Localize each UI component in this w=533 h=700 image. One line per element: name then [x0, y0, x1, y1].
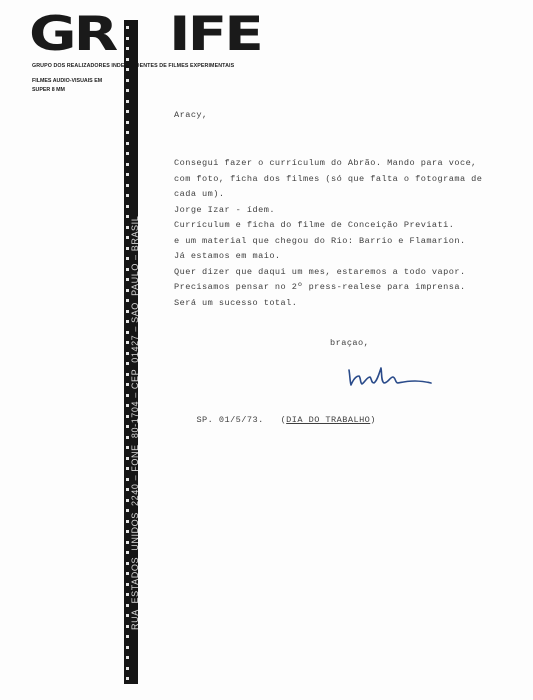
film-perforation: [126, 37, 129, 40]
letter-closing: braçao,: [330, 338, 369, 348]
film-perforation: [126, 89, 129, 92]
film-perforation: [126, 488, 129, 491]
film-perforation: [126, 173, 129, 176]
film-perforation: [126, 121, 129, 124]
film-perforation: [126, 194, 129, 197]
film-perforation: [126, 457, 129, 460]
film-perforation: [126, 299, 129, 302]
film-perforation: [126, 131, 129, 134]
film-perforation: [126, 394, 129, 397]
date-note: DIA DO TRABALHO: [286, 415, 370, 425]
film-perforation: [126, 551, 129, 554]
film-perforation: [126, 100, 129, 103]
film-perforation: [126, 604, 129, 607]
film-perforation: [126, 205, 129, 208]
film-perforation: [126, 415, 129, 418]
letter-date: SP. 01/5/73.: [196, 415, 263, 425]
date-note-close: ): [370, 415, 376, 425]
film-perforation: [126, 478, 129, 481]
film-perforation: [126, 278, 129, 281]
letter-line: Jorge Izar - ídem.: [174, 203, 482, 219]
film-perforation: [126, 677, 129, 680]
film-perforation: [126, 499, 129, 502]
letter-line: com foto, ficha dos filmes (só que falta…: [174, 172, 482, 188]
film-perforation: [126, 635, 129, 638]
film-perforation: [126, 341, 129, 344]
letter-line: Já estamos em maio.: [174, 249, 482, 265]
film-perforation: [126, 79, 129, 82]
film-perforation: [126, 257, 129, 260]
film-perforation: [126, 310, 129, 313]
film-perforation: [126, 562, 129, 565]
letterhead-tagline-2: SUPER 8 MM: [32, 87, 65, 93]
film-perforation: [126, 47, 129, 50]
film-perforation: [126, 184, 129, 187]
film-perforation: [126, 541, 129, 544]
film-perforation: [126, 593, 129, 596]
grife-logo: GRIFE: [29, 14, 115, 53]
film-perforation: [126, 509, 129, 512]
letter-dateline: SP. 01/5/73. (DIA DO TRABALHO): [174, 405, 376, 435]
letter-line: Currículum e ficha do filme de Conceição…: [174, 218, 482, 234]
film-perforation: [126, 289, 129, 292]
letter-line: Quer dizer que daqui um mes, estaremos a…: [174, 265, 482, 281]
letter-line: Consegui fazer o currículum do Abrão. Ma…: [174, 156, 482, 172]
film-perforation: [126, 572, 129, 575]
film-perforation: [126, 530, 129, 533]
film-perforation: [126, 625, 129, 628]
film-perforation: [126, 110, 129, 113]
film-perforation: [126, 656, 129, 659]
film-perforation: [126, 667, 129, 670]
film-perforation: [126, 68, 129, 71]
film-perforation: [126, 58, 129, 61]
film-perforation: [126, 383, 129, 386]
letter-line: Precisamos pensar no 2º press-realese pa…: [174, 280, 482, 296]
film-perforation: [126, 236, 129, 239]
film-perforation: [126, 425, 129, 428]
film-perforation: [126, 614, 129, 617]
logo-text-right: IFE: [169, 14, 261, 53]
letter-page: GRIFE GRUPO DOS REALIZADORES INDEPENDENT…: [0, 0, 533, 700]
film-perforation: [126, 268, 129, 271]
film-perforation: [126, 163, 129, 166]
film-perforation: [126, 215, 129, 218]
film-perforation: [126, 320, 129, 323]
signature-icon: [345, 362, 435, 390]
letter-greeting: Aracy,: [174, 110, 208, 120]
letter-body: Consegui fazer o currículum do Abrão. Ma…: [174, 156, 482, 311]
film-perforation: [126, 247, 129, 250]
film-perforation: [126, 646, 129, 649]
film-perforation: [126, 404, 129, 407]
film-perforation: [126, 331, 129, 334]
film-perforation: [126, 467, 129, 470]
film-perforation: [126, 446, 129, 449]
film-perforation: [126, 583, 129, 586]
film-perforation: [126, 436, 129, 439]
film-perforation: [126, 352, 129, 355]
letterhead-address: RUA ESTADOS UNIDOS 2240 – FONE 80-1704 –…: [131, 216, 140, 630]
film-perforation: [126, 520, 129, 523]
film-perforation: [126, 362, 129, 365]
letterhead-tagline-1: FILMES AUDIO-VISUAIS EM: [32, 78, 102, 84]
letter-line: cada um).: [174, 187, 482, 203]
logo-text-left: GR: [29, 6, 115, 62]
film-perforation: [126, 142, 129, 145]
film-perforation: [126, 152, 129, 155]
film-perforation: [126, 373, 129, 376]
letter-line: e um material que chegou do Rio: Barrio …: [174, 234, 482, 250]
film-perforation: [126, 226, 129, 229]
film-perforation: [126, 26, 129, 29]
letter-line: Será um sucesso total.: [174, 296, 482, 312]
